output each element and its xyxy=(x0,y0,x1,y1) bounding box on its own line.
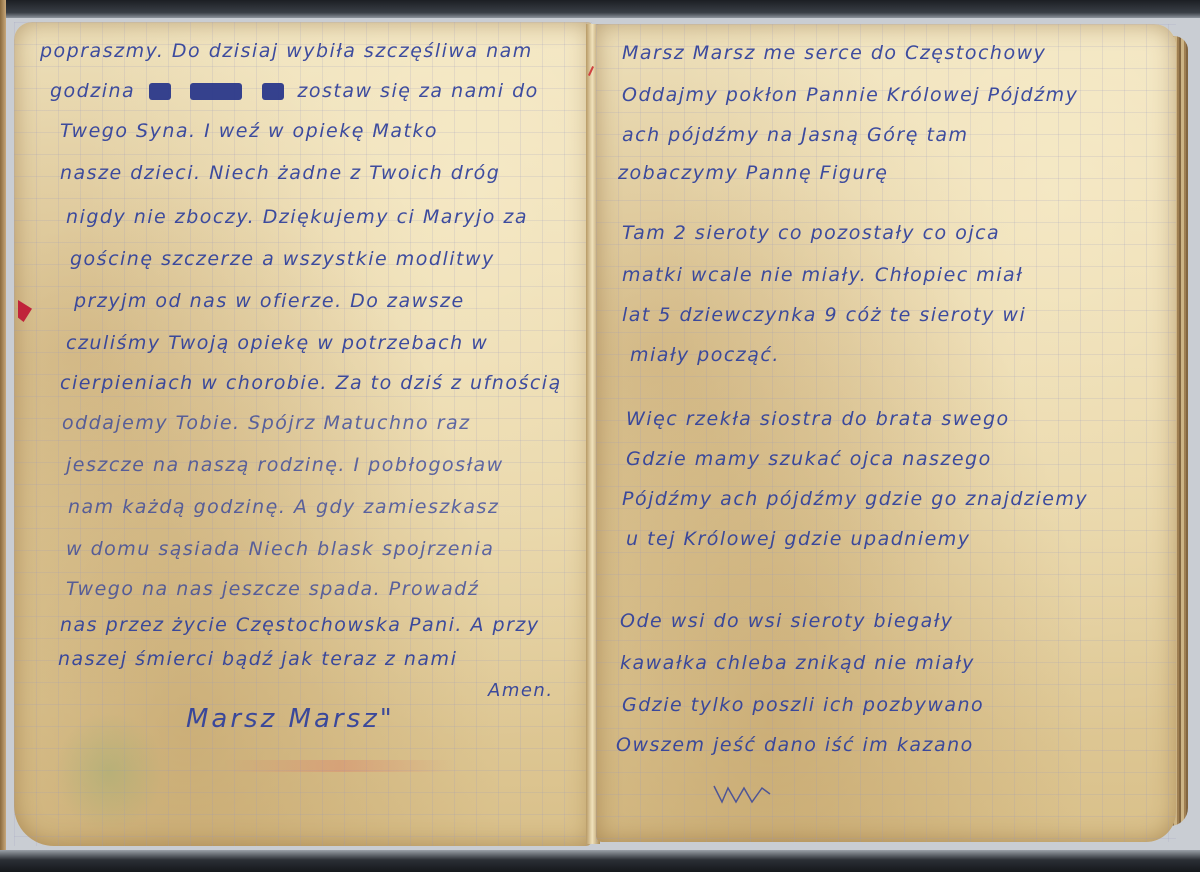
text-line: czuliśmy Twoją opiekę w potrzebach w xyxy=(66,332,488,354)
text-line: miały począć. xyxy=(630,344,780,366)
right-page xyxy=(596,24,1176,842)
text-line: nasze dzieci. Niech żadne z Twoich dróg xyxy=(60,162,500,184)
text-line: przyjm od nas w ofierze. Do zawsze xyxy=(74,290,465,312)
red-stain xyxy=(224,760,454,772)
text-line: u tej Królowej gdzie upadniemy xyxy=(626,528,971,550)
ink-blot xyxy=(190,83,242,100)
text-line: Owszem jeść dano iść im kazano xyxy=(616,734,974,756)
text-line: Gdzie mamy szukać ojca naszego xyxy=(626,448,992,470)
text-line: Marsz Marsz me serce do Częstochowy xyxy=(622,42,1046,64)
text-line: nigdy nie zboczy. Dziękujemy ci Maryjo z… xyxy=(66,206,528,228)
text-line: Twego na nas jeszcze spada. Prowadź xyxy=(66,578,479,600)
text-line: cierpieniach w chorobie. Za to dziś z uf… xyxy=(60,372,562,394)
text-line: nas przez życie Częstochowska Pani. A pr… xyxy=(60,614,540,636)
text-line: oddajemy Tobie. Spójrz Matuchno raz xyxy=(62,412,471,434)
signature: Marsz Marsz" xyxy=(186,704,395,734)
closing-amen: Amen. xyxy=(488,680,554,701)
text-line: matki wcale nie miały. Chłopiec miał xyxy=(622,264,1023,286)
scanner-bottom-edge xyxy=(0,850,1200,872)
text-line: gościnę szczerze a wszystkie modlitwy xyxy=(70,248,495,270)
ink-blot xyxy=(149,83,171,100)
ink-squiggle xyxy=(712,782,772,806)
text-line: naszej śmierci bądź jak teraz z nami xyxy=(58,648,457,670)
text-line: godzina zostaw się za nami do xyxy=(50,80,539,102)
text-line: ach pójdźmy na Jasną Górę tam xyxy=(622,124,969,146)
scanner-top-edge xyxy=(0,0,1200,18)
text-line: w domu sąsiada Niech blask spojrzenia xyxy=(66,538,494,560)
green-stain xyxy=(54,712,164,832)
text-fragment: zostaw się za nami do xyxy=(297,80,538,102)
text-line: Twego Syna. I weź w opiekę Matko xyxy=(60,120,438,142)
text-line: Pójdźmy ach pójdźmy gdzie go znajdziemy xyxy=(622,488,1088,510)
text-line: zobaczymy Pannę Figurę xyxy=(618,162,888,184)
ink-blot xyxy=(262,83,284,100)
text-line: popraszmy. Do dzisiaj wybiła szczęśliwa … xyxy=(40,40,533,62)
text-line: lat 5 dziewczynka 9 cóż te sieroty wi xyxy=(622,304,1026,326)
text-line: jeszcze na naszą rodzinę. I pobłogosław xyxy=(66,454,504,476)
text-line: Więc rzekła siostra do brata swego xyxy=(626,408,1010,430)
scanner-left-edge xyxy=(0,0,6,872)
text-fragment: godzina xyxy=(50,80,135,102)
text-line: Oddajmy pokłon Pannie Królowej Pójdźmy xyxy=(622,84,1078,106)
text-line: Gdzie tylko poszli ich pozbywano xyxy=(622,694,984,716)
text-line: nam każdą godzinę. A gdy zamieszkasz xyxy=(68,496,499,518)
text-line: Tam 2 sieroty co pozostały co ojca xyxy=(622,222,1000,244)
text-line: kawałka chleba znikąd nie miały xyxy=(620,652,975,674)
text-line: Ode wsi do wsi sieroty biegały xyxy=(620,610,953,632)
